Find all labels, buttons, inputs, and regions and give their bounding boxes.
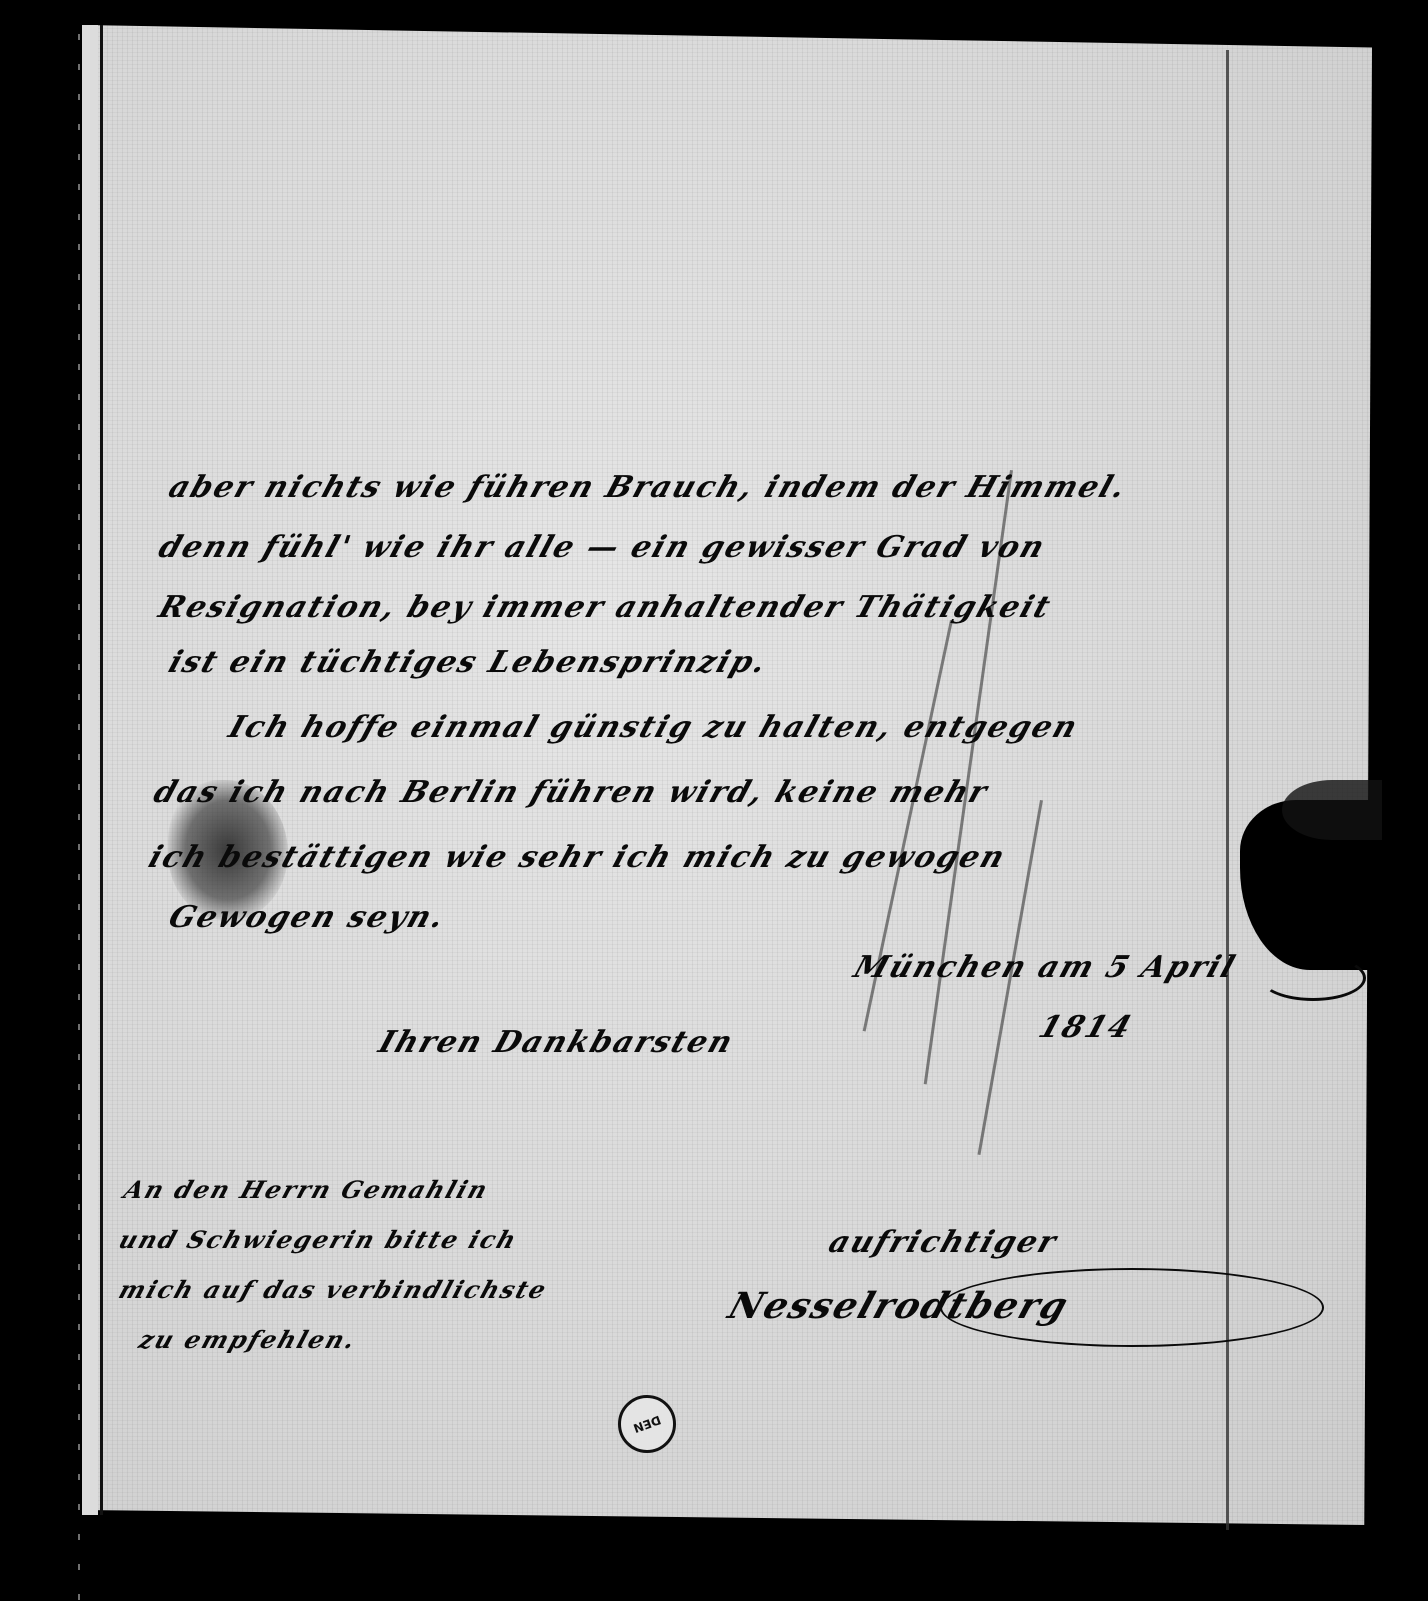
page-margin-strip <box>82 25 98 1515</box>
postscript-line: mich auf das verbindlichste <box>115 1275 551 1304</box>
letter-body-line: ich bestättigen wie sehr ich mich zu gew… <box>144 840 1010 875</box>
greeting: Ihren Dankbarsten <box>374 1025 738 1060</box>
signature-flourish <box>940 1268 1324 1347</box>
letter-body-line: Ich hoffe einmal günstig zu halten, entg… <box>224 710 1083 745</box>
letter-body-line: ist ein tüchtiges Lebensprinzip. <box>164 645 772 680</box>
letter-body-line: aber nichts wie führen Brauch, indem der… <box>164 470 1131 505</box>
date-flourish <box>1260 955 1366 1001</box>
postscript-line: und Schwiegerin bitte ich <box>115 1225 521 1254</box>
letter-body-line: Resignation, bey immer anhaltender Thäti… <box>154 590 1056 625</box>
place-date: München am 5 April <box>849 950 1240 985</box>
letter-body-line: denn fühl' wie ihr alle — ein gewisser G… <box>154 530 1050 565</box>
date-year: 1814 <box>1034 1010 1137 1045</box>
stamp-text: DEN <box>632 1414 663 1435</box>
closing: aufrichtiger <box>824 1225 1062 1260</box>
letter-body-line: Gewogen seyn. <box>164 900 450 935</box>
scan-edge-artifact <box>78 10 80 1600</box>
library-stamp: DEN <box>618 1395 676 1453</box>
page-margin-line <box>100 25 103 1515</box>
postscript-line: zu empfehlen. <box>135 1325 361 1354</box>
page-damage-hole <box>1282 780 1382 840</box>
postscript-line: An den Herrn Gemahlin <box>120 1175 493 1204</box>
letter-body-line: das ich nach Berlin führen wird, keine m… <box>149 775 993 810</box>
